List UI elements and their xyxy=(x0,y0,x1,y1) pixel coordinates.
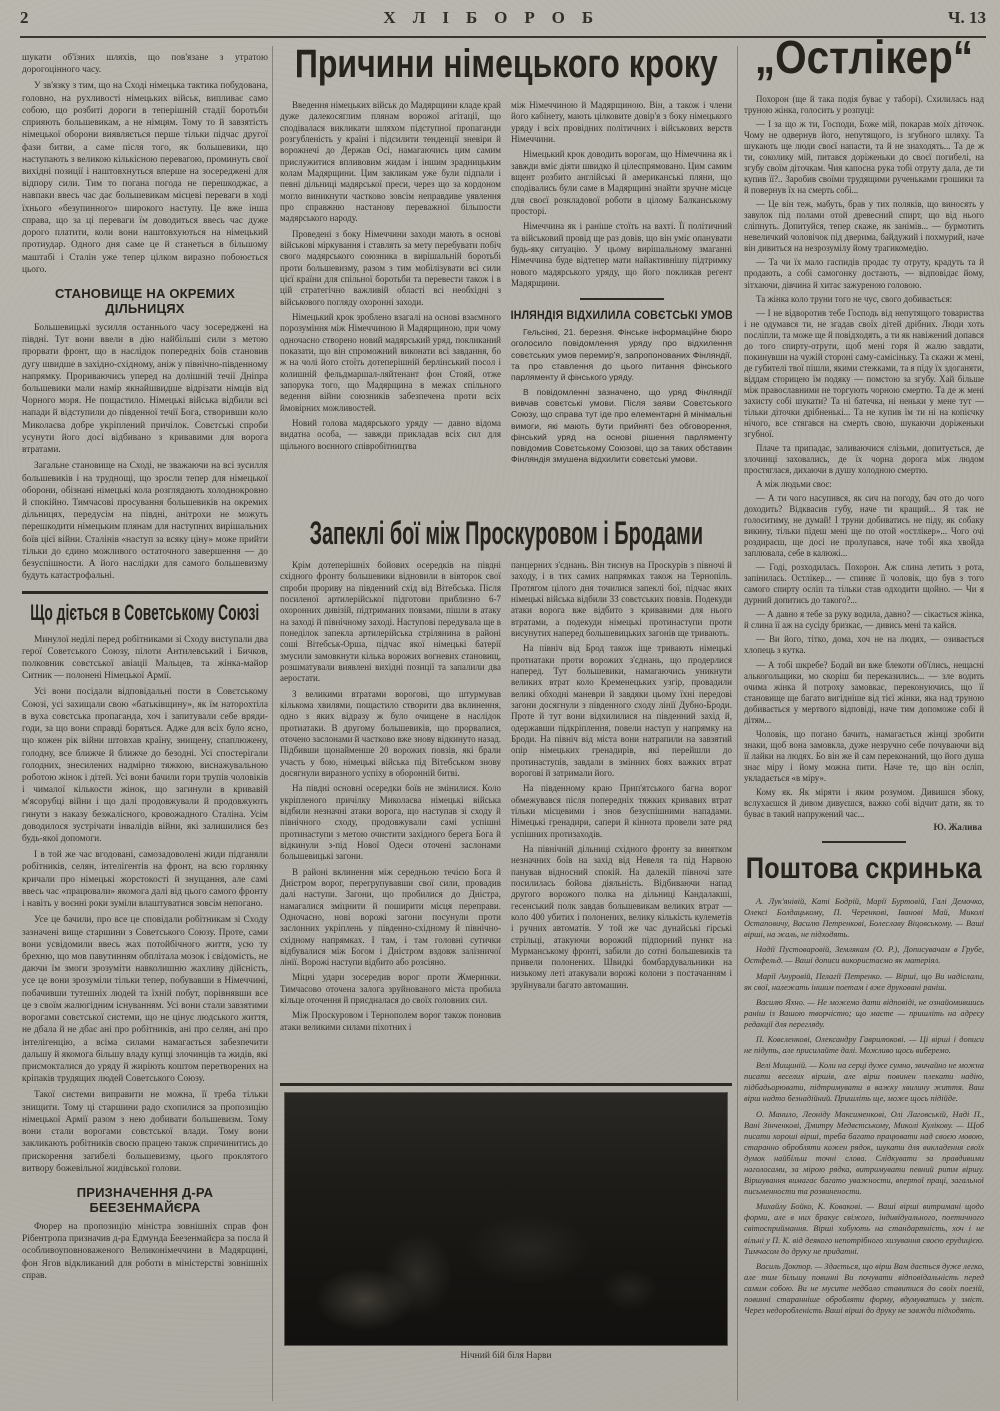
photo-caption: Нічний бій біля Нарви xyxy=(280,1351,732,1361)
paragraph: між Німеччиною й Мадярщиною. Він, а тако… xyxy=(511,100,732,145)
paragraph: На півдні основні осередки боїв не зміни… xyxy=(280,783,501,862)
paragraph: А. Лук'янівій, Каті Бодрій, Марії Буртов… xyxy=(744,896,984,940)
paragraph: На південному краю Прип'ятського багна в… xyxy=(511,783,732,840)
paragraph: Загальне становище на Сході, не зважаючи… xyxy=(22,460,268,582)
paragraph: Німецький крок зроблено взагалі на основ… xyxy=(280,312,501,414)
paragraph: З великими втратами ворогові, що штурмув… xyxy=(280,689,501,780)
headline-ostliker: „Остлікер“ xyxy=(744,30,984,84)
paragraph: Між Проскуровом і Тернополем ворог також… xyxy=(280,1010,501,1033)
paragraph: Усі вони посідали відповідальні пости в … xyxy=(22,686,268,845)
paragraph: Василь Доктор. — Здається, що вірш Вам д… xyxy=(744,1261,984,1316)
paragraph: А між людьми своє: xyxy=(744,479,984,490)
article-divider xyxy=(580,298,664,300)
paragraph: На північній дільниці східного фронту за… xyxy=(511,844,732,991)
paragraph: В районі вклинення між середньою течією … xyxy=(280,867,501,969)
article-battles: Крім дотеперішніх бойових осередків на п… xyxy=(280,560,732,1075)
paragraph: Гельсінкі, 21. березня. Фінське інформац… xyxy=(511,327,732,383)
paragraph: Большевицькі зусилля останнього часу зос… xyxy=(22,322,268,456)
paragraph: Введення німецьких військ до Мадярщини к… xyxy=(280,100,501,225)
paragraph: — Це він теж, мабуть, брав у тих поляків… xyxy=(744,199,984,254)
paragraph: Та жінка коло труни того не чує, свого д… xyxy=(744,294,984,305)
article-german-step: Введення німецьких військ до Мадярщини к… xyxy=(280,100,732,502)
text-column: Введення німецьких військ до Мадярщини к… xyxy=(280,100,501,502)
paragraph: У зв'язку з тим, що на Сході німецька та… xyxy=(22,80,268,276)
paragraph: Міцні удари зосередив ворог проти Жмерин… xyxy=(280,972,501,1006)
paragraph: — А ти чого насупився, як сич на погоду,… xyxy=(744,493,984,559)
section-rule xyxy=(22,591,268,594)
paragraph: П. Ковєленкові, Олександру Гаврилюкові. … xyxy=(744,1034,984,1056)
paragraph: Такої системи виправити не можна, її тре… xyxy=(22,1089,268,1175)
paragraph: Василю Яхно. — Не можемо дати відповіді,… xyxy=(744,997,984,1030)
paragraph: Велі Мищиній. — Коли на серці дуже сумно… xyxy=(744,1060,984,1104)
paragraph: — А давно я тебе за руку водила, давно? … xyxy=(744,609,984,631)
paragraph: Крім дотеперішніх бойових осередків на п… xyxy=(280,560,501,685)
paragraph: Похорон (ще й така подія буває у таборі)… xyxy=(744,94,984,116)
paragraph: Кому як. Як міряти і яким розумом. Дивиш… xyxy=(744,787,984,820)
paragraph: Чоловік, що погано бачить, намагається ж… xyxy=(744,729,984,784)
paragraph: Минулої неділі перед робітниками зі Сход… xyxy=(22,634,268,683)
paragraph: Марії Ануровій, Пелагії Петренко. — Вірш… xyxy=(744,971,984,993)
subhead-finland: ФІНЛЯНДІЯ ВІДХИЛИЛА СОВЄТСЬКІ УМОВИ xyxy=(511,310,732,322)
headline-mailbox: Поштова скринька xyxy=(744,852,984,888)
byline: Ю. Жалива xyxy=(744,822,982,832)
paragraph: Надії Пустоваровій, Землякам (О. Р.), До… xyxy=(744,944,984,966)
subhead-situation: СТАНОВИЩЕ НА ОКРЕМИХ ДІЛЬНИЦЯХ xyxy=(22,286,268,316)
article-divider xyxy=(822,841,906,843)
paragraph: — Ви його, тітко, дома, хоч не на людях,… xyxy=(744,634,984,656)
paragraph: Плаче та припадає, заливаючися слізьми, … xyxy=(744,443,984,476)
photo-image xyxy=(285,1093,727,1345)
headline-german-step: Причини німецького кроку xyxy=(280,40,732,88)
newspaper-page: 2 ХЛІБОРОБ Ч. 13 шукати об'їзних шляхів,… xyxy=(0,0,1000,1411)
paragraph: Німеччина як і раніше стоїть на вахті. Ї… xyxy=(511,221,732,289)
paragraph: Михайлу Бойко, К. Ковакові. — Ваші вірші… xyxy=(744,1201,984,1256)
paragraph: Проведені з боку Німеччини заходи мають … xyxy=(280,229,501,308)
paragraph: шукати об'їзних шляхів, що пов'язане з у… xyxy=(22,52,268,76)
paragraph: — А тобі шкребе? Бодай ви вже блекоти об… xyxy=(744,660,984,726)
right-column: „Остлікер“ Похорон (ще й така подія бува… xyxy=(744,30,984,1406)
text-column: панцерних з'єднань. Він тиснув на Проску… xyxy=(511,560,732,1075)
issue-number: Ч. 13 xyxy=(948,8,986,28)
column-rule-left xyxy=(272,46,273,1401)
paragraph: — Та чи їх мало гаспидів продає ту отрут… xyxy=(744,257,984,290)
text-column: Крім дотеперішніх бойових осередків на п… xyxy=(280,560,501,1075)
headline-soviet-union: Що діється в Советському Союзі xyxy=(22,600,268,626)
article-finland: ФІНЛЯНДІЯ ВІДХИЛИЛА СОВЄТСЬКІ УМОВИ Гель… xyxy=(511,310,732,465)
paragraph: — І не відворотив тебе Господь від непут… xyxy=(744,308,984,440)
page-number: 2 xyxy=(20,8,29,28)
column-rule-right xyxy=(737,46,738,1401)
paragraph: панцерних з'єднань. Він тиснув на Проску… xyxy=(511,560,732,639)
article-ostliker: Похорон (ще й така подія буває у таборі)… xyxy=(744,94,984,832)
paragraph: В повідомленні зазначено, що уряд Фінлян… xyxy=(511,387,732,465)
paragraph: О. Манило, Леоніду Максименкові, Олі Лаг… xyxy=(744,1109,984,1198)
article-mailbox: А. Лук'янівій, Каті Бодрій, Марії Буртов… xyxy=(744,896,984,1316)
headline-battles: Запеклі бої між Проскуровом і Бродами xyxy=(280,514,732,552)
paragraph: Усе це бачили, про все це сповідали робі… xyxy=(22,914,268,1085)
text-column: між Німеччиною й Мадярщиною. Він, а тако… xyxy=(511,100,732,502)
paragraph: — І за що ж ти, Господи, Боже мій, покар… xyxy=(744,119,984,196)
paragraph: Німецький крок доводить ворогам, що Німе… xyxy=(511,149,732,217)
paragraph: Фюрер на пропозицію міністра зовнішніх с… xyxy=(22,1221,268,1282)
subhead-appointment: ПРИЗНАЧЕННЯ Д-РА БЕЕЗЕНМАЙЄРА xyxy=(22,1185,268,1215)
photo-night-battle: Нічний бій біля Нарви xyxy=(280,1083,732,1361)
paragraph: На північ від Брод також іще тривають ні… xyxy=(511,643,732,779)
paragraph: Новий голова мадярського уряду — давно в… xyxy=(280,418,501,452)
left-column: шукати об'їзних шляхів, що пов'язане з у… xyxy=(22,52,268,1404)
center-column: Причини німецького кроку Введення німець… xyxy=(280,40,732,1377)
newspaper-title: ХЛІБОРОБ xyxy=(366,8,610,28)
paragraph: — Годі, розходилась. Похорон. Аж слина л… xyxy=(744,562,984,606)
paragraph: І в той же час вгодовані, самозадоволені… xyxy=(22,849,268,910)
